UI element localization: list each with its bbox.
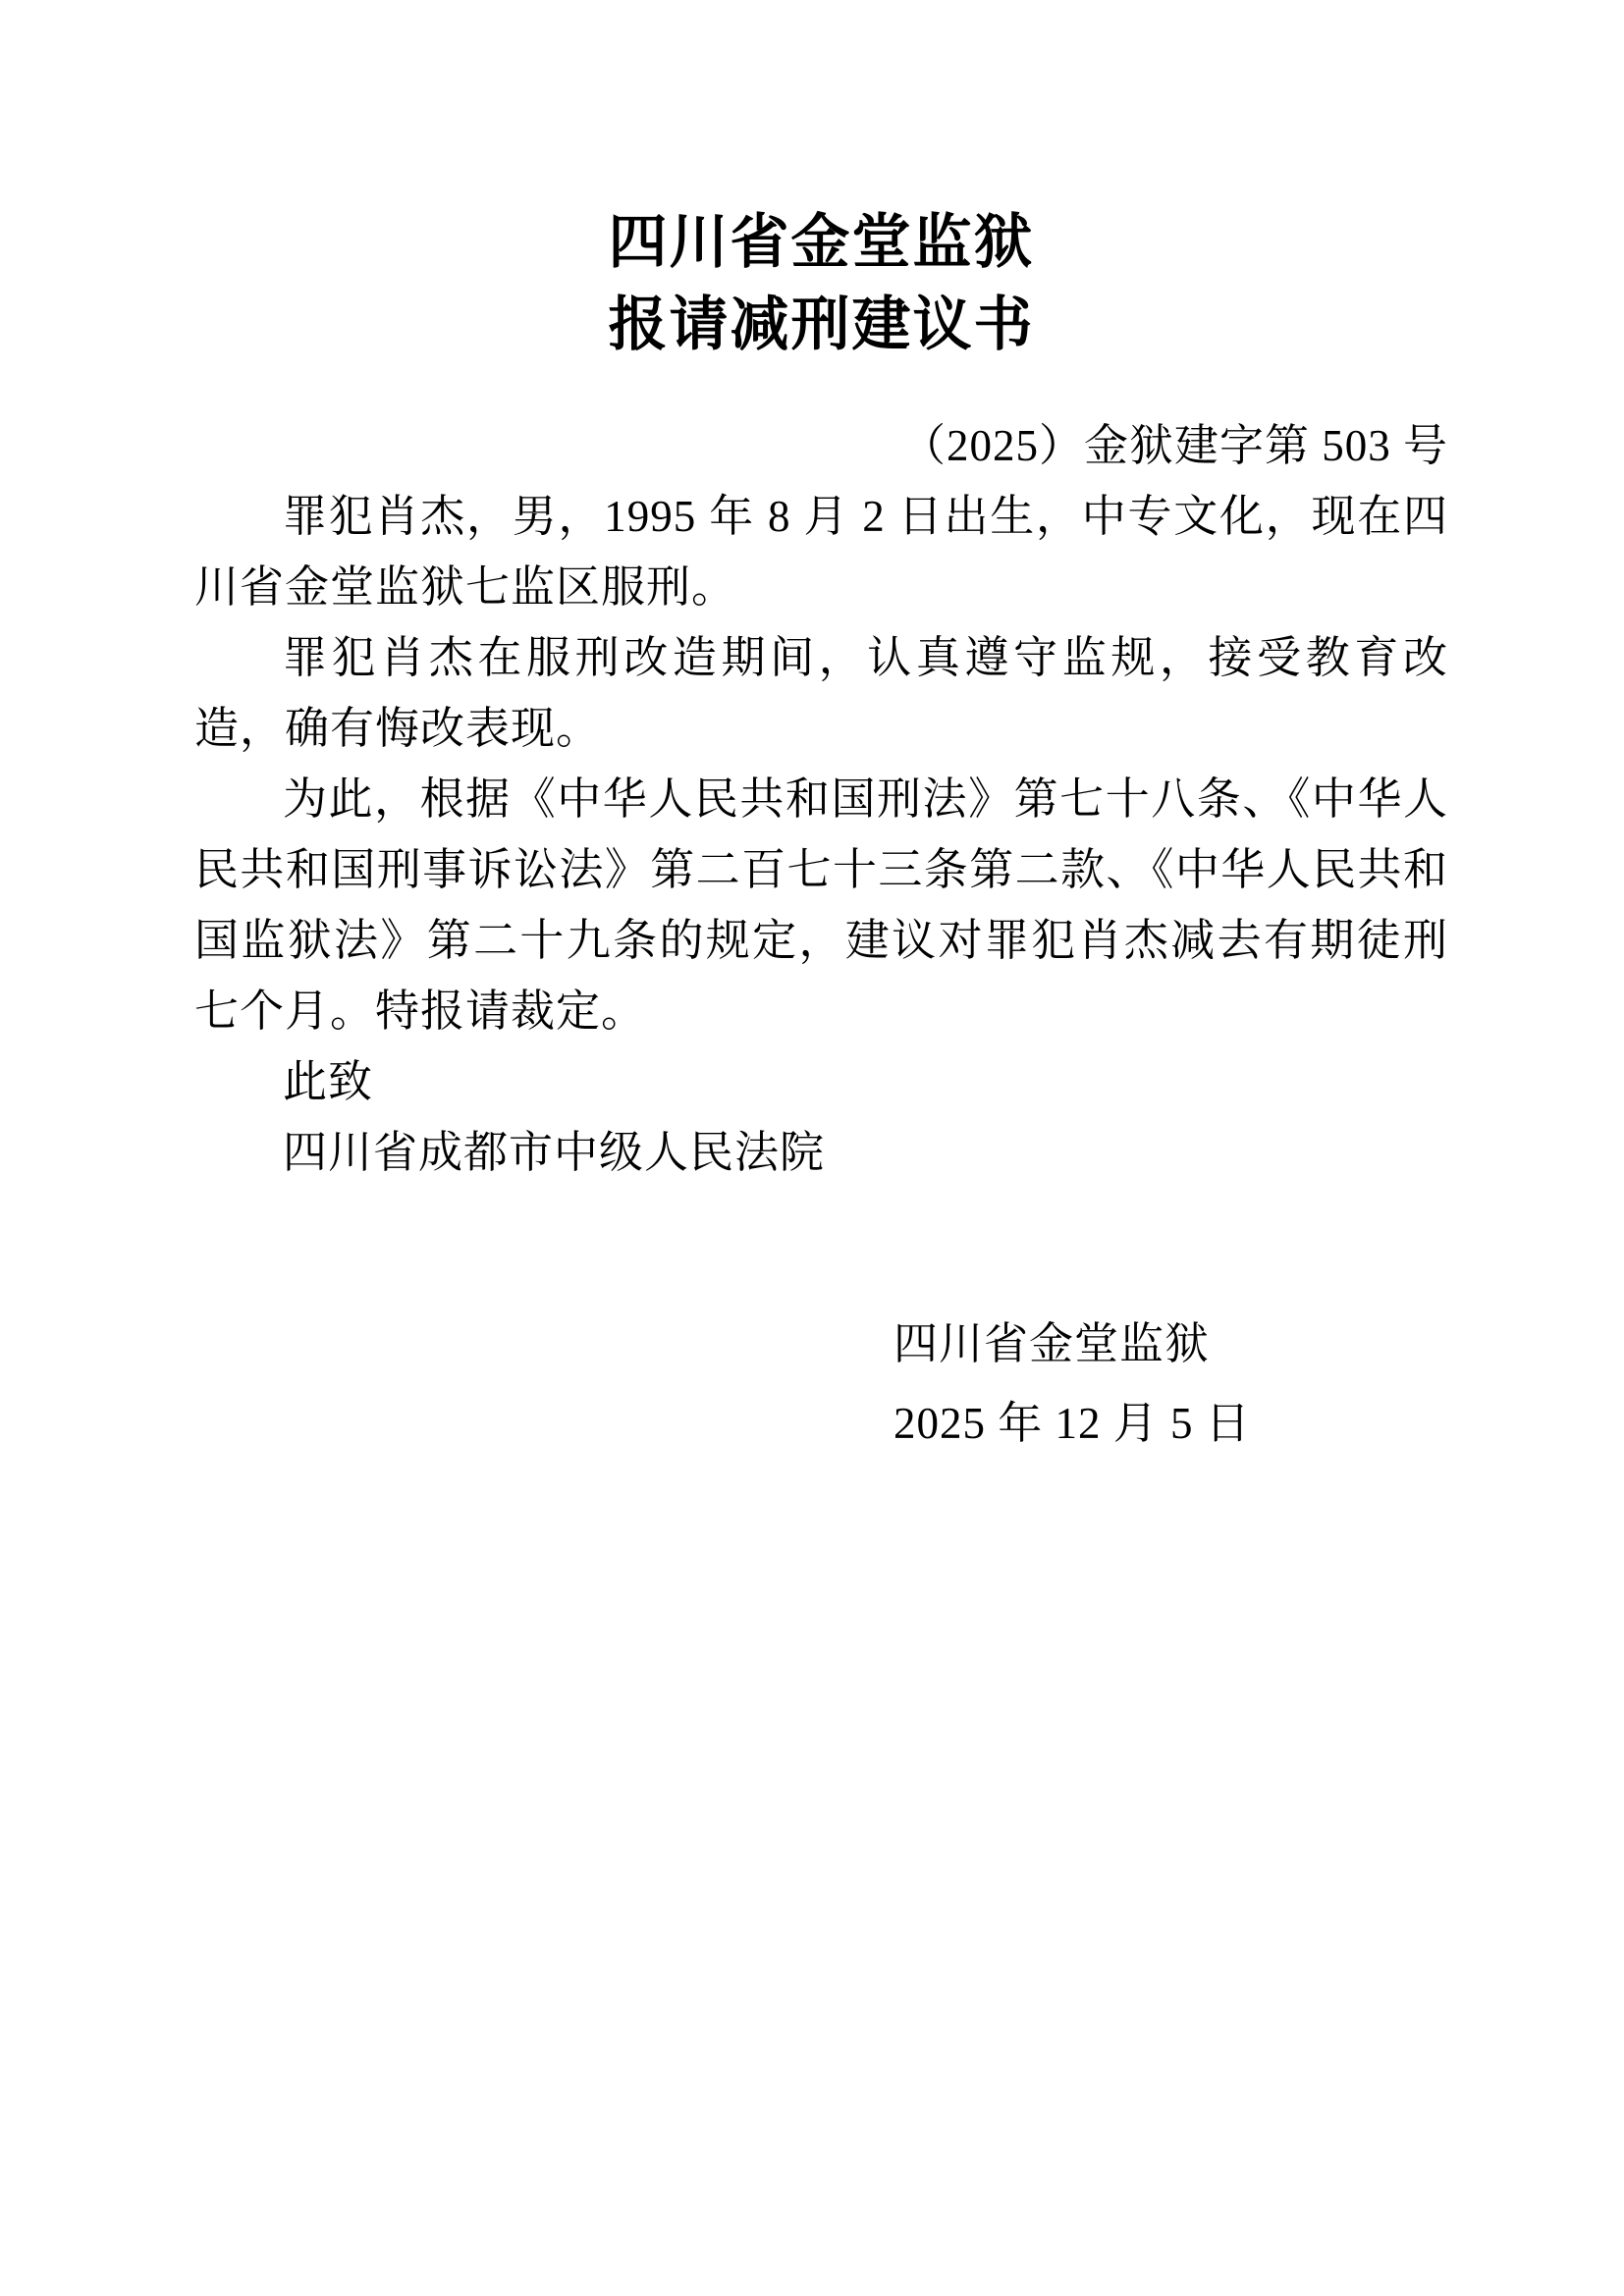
signature-block: 四川省金堂监狱 2025 年 12 月 5 日 bbox=[893, 1308, 1448, 1459]
document-page: 四川省金堂监狱 报请减刑建议书 （2025）金狱建字第 503 号 罪犯肖杰，男… bbox=[0, 0, 1624, 2296]
paragraph-behavior-assessment: 罪犯肖杰在服刑改造期间，认真遵守监规，接受教育改造，确有悔改表现。 bbox=[194, 622, 1448, 764]
signature-date: 2025 年 12 月 5 日 bbox=[893, 1388, 1448, 1459]
recipient-court-line: 四川省成都市中级人民法院 bbox=[194, 1117, 1448, 1188]
document-title-line1: 四川省金堂监狱 bbox=[194, 201, 1448, 284]
paragraph-legal-basis-recommendation: 为此，根据《中华人民共和国刑法》第七十八条、《中华人民共和国刑事诉讼法》第二百七… bbox=[194, 764, 1448, 1046]
document-body: 罪犯肖杰，男，1995 年 8 月 2 日出生，中专文化，现在四川省金堂监狱七监… bbox=[194, 481, 1448, 1188]
document-title-line2: 报请减刑建议书 bbox=[194, 284, 1448, 366]
signature-organization: 四川省金堂监狱 bbox=[893, 1308, 1448, 1379]
document-number: （2025）金狱建字第 503 号 bbox=[194, 410, 1448, 481]
document-title: 四川省金堂监狱 报请减刑建议书 bbox=[194, 201, 1448, 366]
salute-line: 此致 bbox=[194, 1046, 1448, 1117]
paragraph-offender-info: 罪犯肖杰，男，1995 年 8 月 2 日出生，中专文化，现在四川省金堂监狱七监… bbox=[194, 481, 1448, 622]
